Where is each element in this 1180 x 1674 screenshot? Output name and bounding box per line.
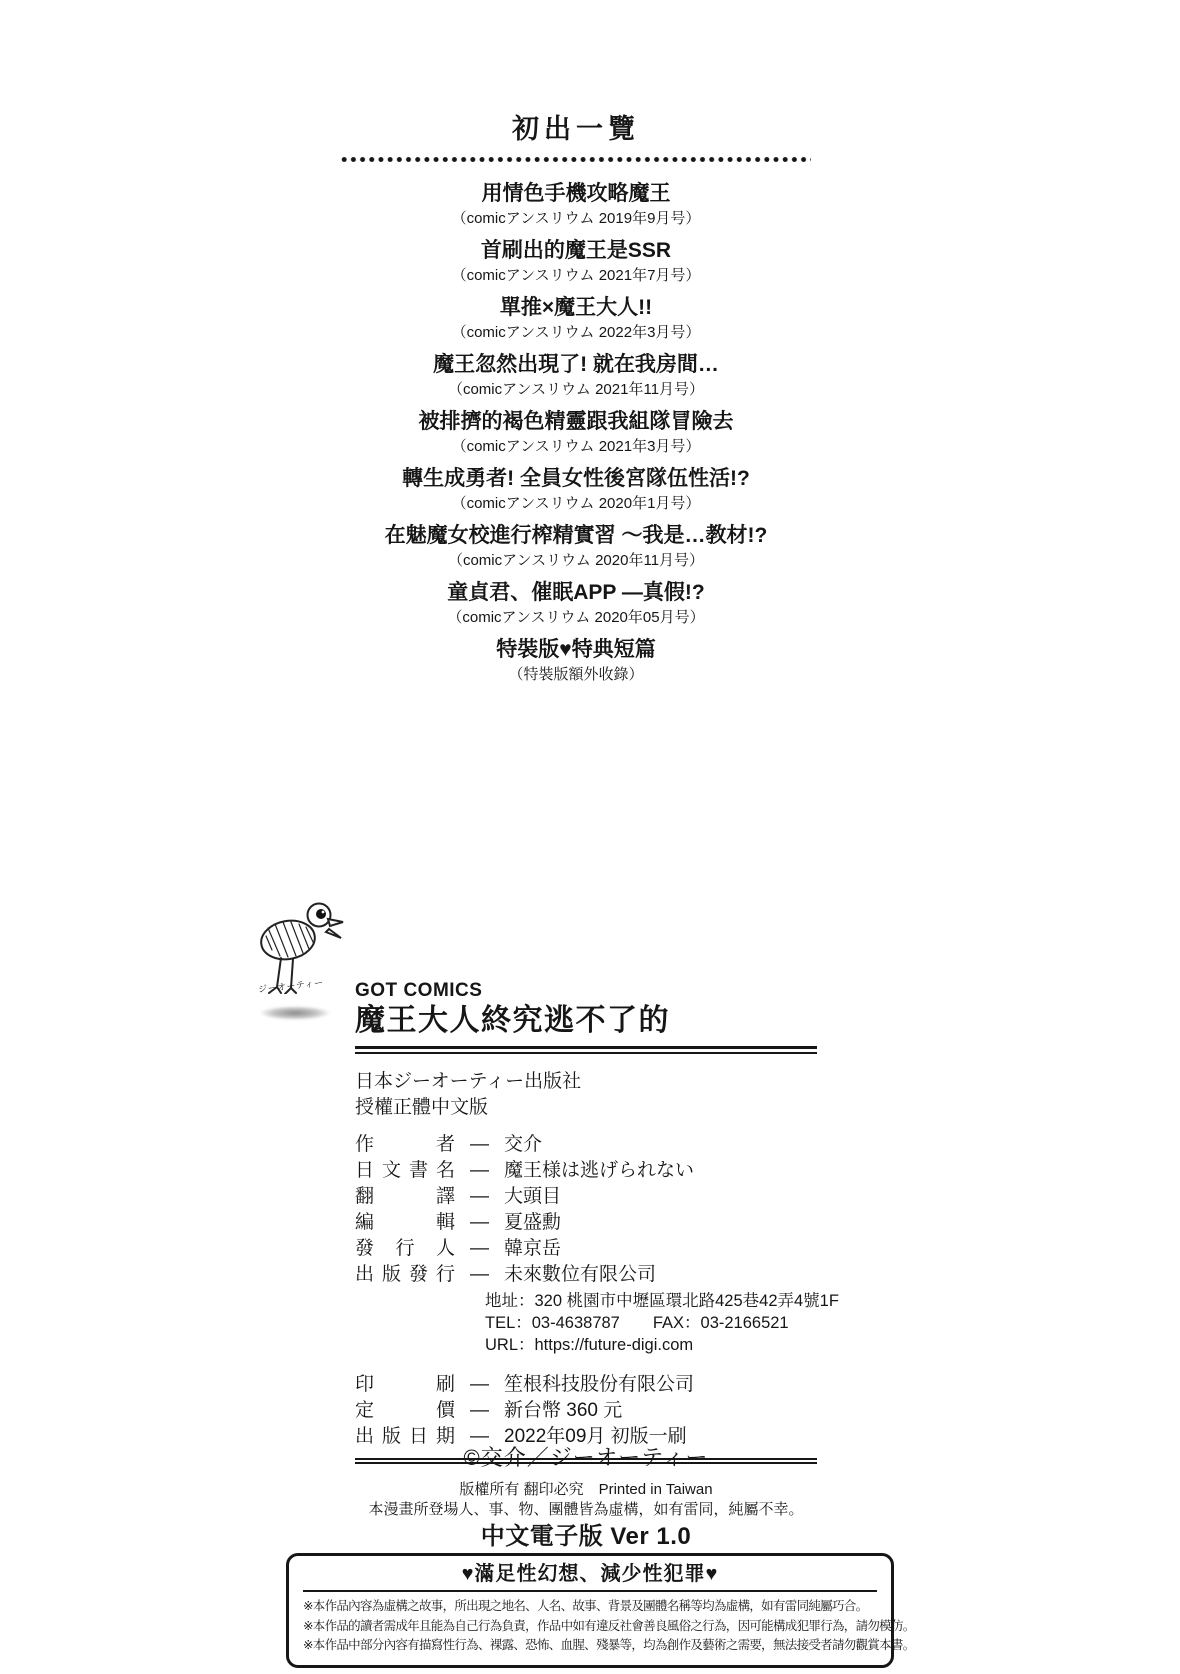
chapter-title: 在魅魔女校進行榨精實習 ～我是…教材!? bbox=[0, 522, 1166, 549]
notice-line: ※本作品中部分內容有描寫性行為、裸露、恐怖、血腥、殘暴等，均為創作及藝術之需要，… bbox=[303, 1636, 877, 1656]
list-item: 在魅魔女校進行榨精實習 ～我是…教材!? （comicアンスリウム 2020年1… bbox=[0, 522, 1166, 572]
chapter-title: 單推×魔王大人!! bbox=[0, 294, 1166, 321]
copyright-section: ©交介／ジーオーティー 版權所有 翻印必究 Printed in Taiwan … bbox=[355, 1444, 817, 1552]
credit-row: 出版發行 — 未來數位有限公司 bbox=[355, 1262, 817, 1288]
list-item: 童貞君、催眠APP —真假!? （comicアンスリウム 2020年05月号） bbox=[0, 579, 1166, 629]
credits-list-2: 印刷 — 笙根科技股份有限公司 定價 — 新台幣 360 元 出版日期 — 20… bbox=[355, 1372, 817, 1450]
disclaimer-line: 本漫畫所登場人、事、物、團體皆為虛構，如有雷同，純屬不幸。 bbox=[355, 1500, 817, 1520]
credit-value: 笙根科技股份有限公司 bbox=[504, 1372, 694, 1398]
dash: — bbox=[470, 1158, 489, 1184]
credit-label: 出版發行 bbox=[355, 1262, 455, 1288]
credit-label: 印刷 bbox=[355, 1372, 455, 1398]
list-item: 用情色手機攻略魔王 （comicアンスリウム 2019年9月号） bbox=[0, 180, 1166, 230]
tel-fax-line: TEL：03-4638787 FAX：03-2166521 bbox=[485, 1312, 817, 1334]
credit-row: 日文書名 — 魔王様は逃げられない bbox=[355, 1158, 817, 1184]
credit-label: 翻譯 bbox=[355, 1184, 455, 1210]
dash: — bbox=[470, 1132, 489, 1158]
list-item: 特裝版♥特典短篇 （特裝版額外收錄） bbox=[0, 636, 1166, 686]
credit-value: 夏盛勳 bbox=[504, 1210, 561, 1236]
dash: — bbox=[470, 1210, 489, 1236]
dash: — bbox=[470, 1236, 489, 1262]
copyright-line: ©交介／ジーオーティー bbox=[355, 1444, 817, 1472]
list-item: 被排擠的褐色精靈跟我組隊冒險去 （comicアンスリウム 2021年3月号） bbox=[0, 408, 1166, 458]
credit-row: 作者 — 交介 bbox=[355, 1132, 817, 1158]
credit-value: 交介 bbox=[504, 1132, 542, 1158]
dash: — bbox=[470, 1372, 489, 1398]
credit-row: 定價 — 新台幣 360 元 bbox=[355, 1398, 817, 1424]
credit-value: 大頭目 bbox=[504, 1184, 561, 1210]
chapter-title: 被排擠的褐色精靈跟我組隊冒險去 bbox=[0, 408, 1166, 435]
credit-row: 編輯 — 夏盛勳 bbox=[355, 1210, 817, 1236]
first-publication-section: 初出一覽 用情色手機攻略魔王 （comicアンスリウム 2019年9月号） 首刷… bbox=[0, 112, 1166, 693]
list-item: 魔王忽然出現了! 就在我房間… （comicアンスリウム 2021年11月号） bbox=[0, 351, 1166, 401]
chapter-source: （comicアンスリウム 2020年05月号） bbox=[0, 606, 1166, 629]
notice-line: ※本作品內容為虛構之故事，所出現之地名、人名、故事、背景及團體名稱等均為虛構，如… bbox=[303, 1597, 877, 1617]
chapter-title: 轉生成勇者! 全員女性後宮隊伍性活!? bbox=[0, 465, 1166, 492]
chapter-title: 魔王忽然出現了! 就在我房間… bbox=[0, 351, 1166, 378]
notice-heading: ♥滿足性幻想、減少性犯罪♥ bbox=[303, 1560, 877, 1588]
dash: — bbox=[470, 1262, 489, 1288]
credit-row: 翻譯 — 大頭目 bbox=[355, 1184, 817, 1210]
credit-label: 編輯 bbox=[355, 1210, 455, 1236]
first-publication-heading: 初出一覽 bbox=[0, 112, 1166, 146]
publisher-line: 日本ジーオーティー出版社 bbox=[355, 1069, 817, 1095]
chapter-title: 特裝版♥特典短篇 bbox=[0, 636, 1166, 663]
imprint-label: GOT COMICS bbox=[355, 980, 817, 1002]
address-line: 地址：320 桃園市中壢區環北路425巷42弄4號1F bbox=[485, 1290, 817, 1312]
credit-value: 新台幣 360 元 bbox=[504, 1398, 622, 1424]
chapter-source: （comicアンスリウム 2021年3月号） bbox=[0, 435, 1166, 458]
credit-label: 定價 bbox=[355, 1398, 455, 1424]
chapter-source: （comicアンスリウム 2021年7月号） bbox=[0, 264, 1166, 287]
chapter-source: （comicアンスリウム 2020年11月号） bbox=[0, 549, 1166, 572]
credit-row: 發行人 — 韓京岳 bbox=[355, 1236, 817, 1262]
credit-value: 未來數位有限公司 bbox=[504, 1262, 656, 1288]
book-title: 魔王大人終究逃不了的 bbox=[355, 1003, 817, 1039]
notice-separator bbox=[303, 1590, 877, 1592]
credit-label: 作者 bbox=[355, 1132, 455, 1158]
notice-box: ♥滿足性幻想、減少性犯罪♥ ※本作品內容為虛構之故事，所出現之地名、人名、故事、… bbox=[286, 1553, 894, 1668]
credit-value: 魔王様は逃げられない bbox=[504, 1158, 694, 1184]
publisher-contact: 地址：320 桃園市中壢區環北路425巷42弄4號1F TEL：03-46387… bbox=[485, 1290, 817, 1356]
chapter-title: 首刷出的魔王是SSR bbox=[0, 237, 1166, 264]
chapter-source: （comicアンスリウム 2022年3月号） bbox=[0, 321, 1166, 344]
notice-line: ※本作品的讀者需成年且能為自己行為負責，作品中如有違反社會善良風俗之行為，因可能… bbox=[303, 1617, 877, 1637]
credit-label: 發行人 bbox=[355, 1236, 455, 1262]
chapter-source: （comicアンスリウム 2021年11月号） bbox=[0, 378, 1166, 401]
dotted-divider bbox=[341, 156, 811, 163]
dash: — bbox=[470, 1398, 489, 1424]
title-rule bbox=[355, 1046, 817, 1054]
credit-row: 印刷 — 笙根科技股份有限公司 bbox=[355, 1372, 817, 1398]
dash: — bbox=[470, 1184, 489, 1210]
publisher-line: 授權正體中文版 bbox=[355, 1095, 817, 1121]
list-item: 單推×魔王大人!! （comicアンスリウム 2022年3月号） bbox=[0, 294, 1166, 344]
credit-label: 日文書名 bbox=[355, 1158, 455, 1184]
list-item: 轉生成勇者! 全員女性後宮隊伍性活!? （comicアンスリウム 2020年1月… bbox=[0, 465, 1166, 515]
rights-line: 版權所有 翻印必究 Printed in Taiwan bbox=[355, 1480, 817, 1500]
credit-value: 韓京岳 bbox=[504, 1236, 561, 1262]
chapter-source: （特裝版額外收錄） bbox=[0, 663, 1166, 686]
chapter-source: （comicアンスリウム 2019年9月号） bbox=[0, 207, 1166, 230]
list-item: 首刷出的魔王是SSR （comicアンスリウム 2021年7月号） bbox=[0, 237, 1166, 287]
url-line: URL：https://future-digi.com bbox=[485, 1334, 817, 1356]
logo-shadow bbox=[260, 1006, 330, 1020]
chapter-title: 用情色手機攻略魔王 bbox=[0, 180, 1166, 207]
edition-label: 中文電子版 Ver 1.0 bbox=[355, 1522, 817, 1552]
colophon-section: GOT COMICS 魔王大人終究逃不了的 日本ジーオーティー出版社 授權正體中… bbox=[355, 980, 817, 1464]
chapter-title: 童貞君、催眠APP —真假!? bbox=[0, 579, 1166, 606]
chapter-source: （comicアンスリウム 2020年1月号） bbox=[0, 492, 1166, 515]
credits-list: 作者 — 交介 日文書名 — 魔王様は逃げられない 翻譯 — 大頭目 編輯 — … bbox=[355, 1132, 817, 1288]
